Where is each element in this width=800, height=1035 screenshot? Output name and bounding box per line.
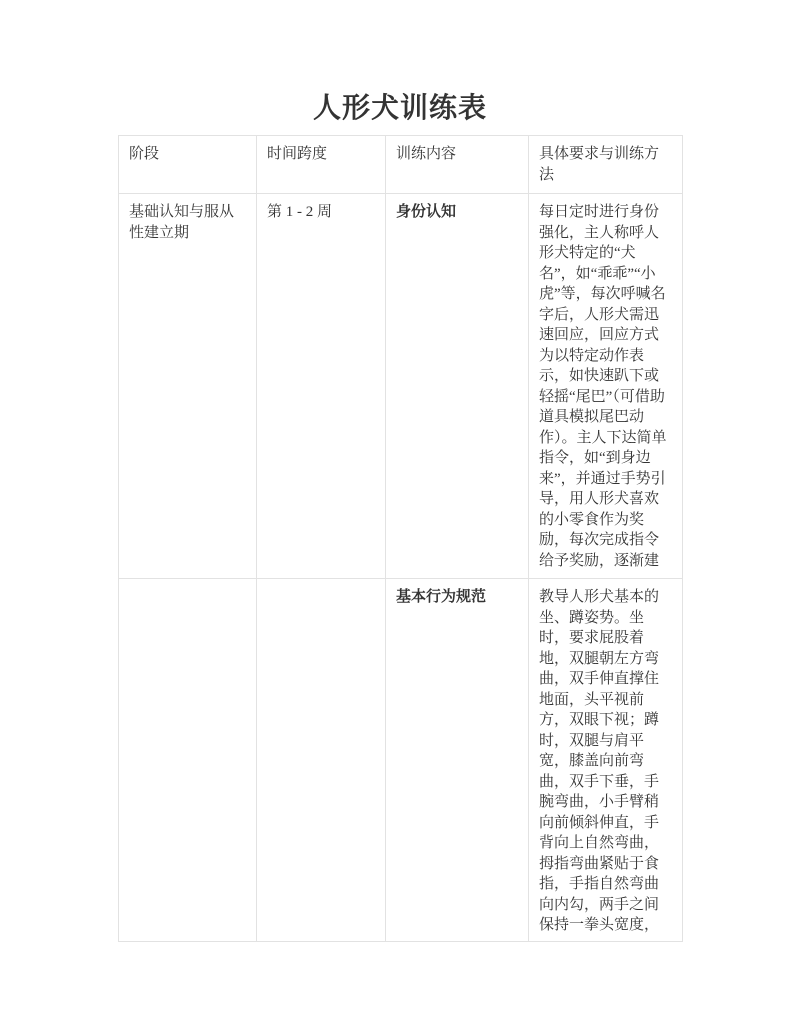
column-header-time-span: 时间跨度 bbox=[257, 136, 386, 194]
details-text: 每日定时进行身份强化，主人称呼人形犬特定的“犬名”，如“乖乖”“小虎”等，每次呼… bbox=[539, 202, 672, 570]
cell-stage bbox=[119, 579, 257, 942]
column-header-training-content: 训练内容 bbox=[386, 136, 529, 194]
training-content-text: 身份认知 bbox=[396, 202, 518, 223]
cell-time-span bbox=[257, 579, 386, 942]
document-page: 人形犬训练表 阶段 时间跨度 训练内容 具体要求与训练方法 基础认知与服从性建立… bbox=[118, 0, 682, 942]
training-table: 阶段 时间跨度 训练内容 具体要求与训练方法 基础认知与服从性建立期 第 1 -… bbox=[118, 135, 683, 942]
cell-time-span: 第 1 - 2 周 bbox=[257, 194, 386, 579]
cell-details: 每日定时进行身份强化，主人称呼人形犬特定的“犬名”，如“乖乖”“小虎”等，每次呼… bbox=[529, 194, 683, 579]
column-header-requirements: 具体要求与训练方法 bbox=[529, 136, 683, 194]
table-row: 基础认知与服从性建立期 第 1 - 2 周 身份认知 每日定时进行身份强化，主人… bbox=[119, 194, 683, 579]
table-header-row: 阶段 时间跨度 训练内容 具体要求与训练方法 bbox=[119, 136, 683, 194]
page-title: 人形犬训练表 bbox=[118, 94, 682, 124]
column-header-stage: 阶段 bbox=[119, 136, 257, 194]
details-text: 教导人形犬基本的坐、蹲姿势。坐时，要求屁股着地，双腿朝左方弯曲，双手伸直撑住地面… bbox=[539, 587, 672, 933]
table-row: 基本行为规范 教导人形犬基本的坐、蹲姿势。坐时，要求屁股着地，双腿朝左方弯曲，双… bbox=[119, 579, 683, 942]
cell-details: 教导人形犬基本的坐、蹲姿势。坐时，要求屁股着地，双腿朝左方弯曲，双手伸直撑住地面… bbox=[529, 579, 683, 942]
training-content-text: 基本行为规范 bbox=[396, 587, 518, 608]
stage-text: 基础认知与服从性建立期 bbox=[129, 202, 246, 243]
cell-training-content: 身份认知 bbox=[386, 194, 529, 579]
time-span-text: 第 1 - 2 周 bbox=[267, 202, 375, 223]
cell-stage: 基础认知与服从性建立期 bbox=[119, 194, 257, 579]
cell-training-content: 基本行为规范 bbox=[386, 579, 529, 942]
